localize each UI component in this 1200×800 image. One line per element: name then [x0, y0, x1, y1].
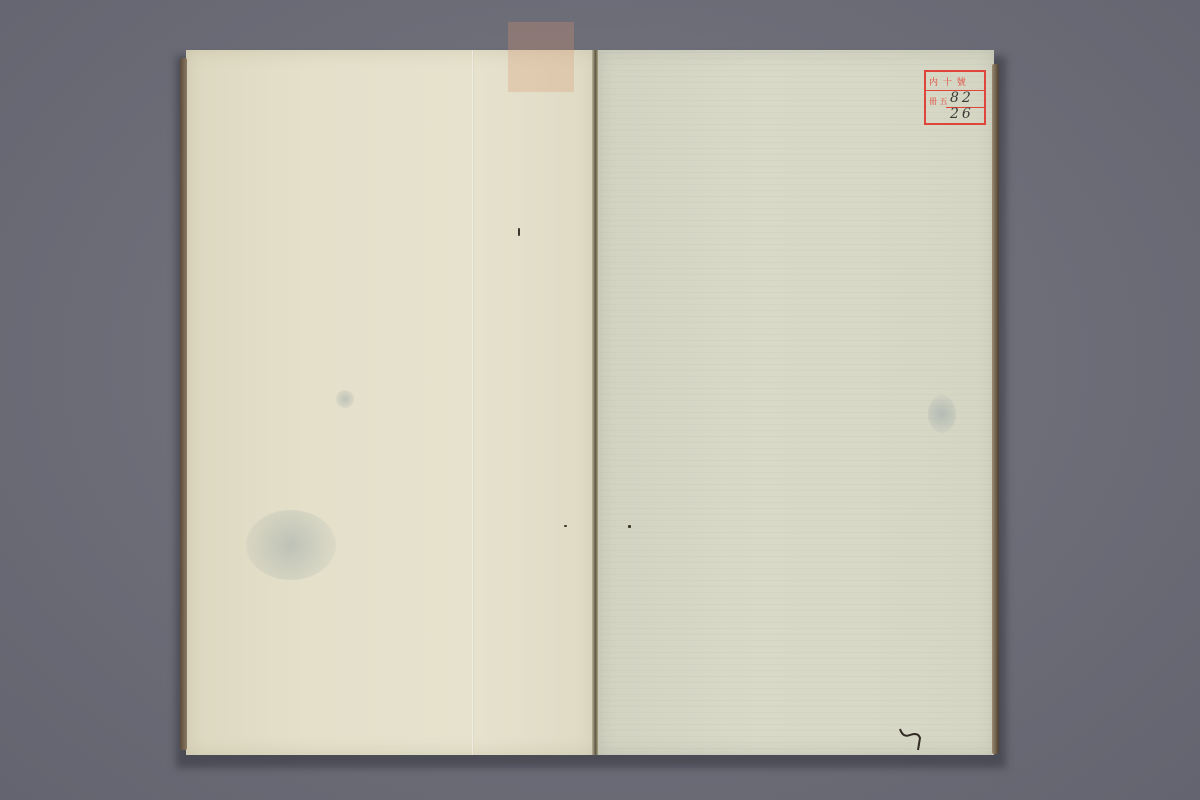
ink-speck: [564, 525, 567, 527]
stamp-number-1: 82: [950, 90, 974, 106]
stain-smudge: [928, 395, 956, 433]
page-fold-line: [472, 50, 474, 755]
ink-speck: [628, 525, 631, 528]
stain-smudge: [336, 390, 354, 408]
faded-stamp-offset: [508, 22, 574, 92]
right-page: [598, 50, 994, 755]
ink-squiggle-mark: [898, 726, 928, 754]
stamp-label-top: 内 十 號: [929, 75, 967, 88]
ink-speck: [518, 228, 520, 236]
stamp-number-2: 26: [950, 106, 974, 122]
open-book: 内 十 號 冊 五 82 26: [180, 50, 1000, 760]
right-cover-edge: [992, 64, 999, 754]
stamp-label-side: 冊 五: [929, 96, 948, 107]
left-page: [186, 50, 596, 755]
stain-smudge: [246, 510, 336, 580]
left-cover-edge: [180, 58, 187, 750]
library-catalog-stamp: 内 十 號 冊 五 82 26: [924, 70, 986, 125]
